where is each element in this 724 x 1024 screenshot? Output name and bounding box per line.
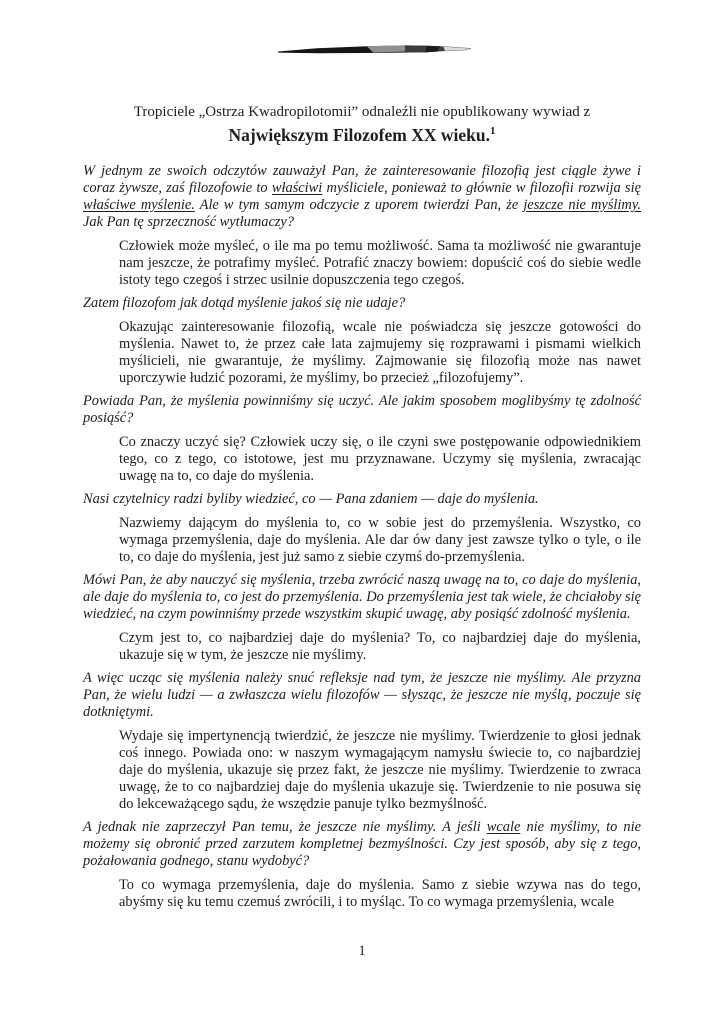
question-paragraph: Powiada Pan, że myślenia powinniśmy się … (83, 393, 641, 427)
question-paragraph: Mówi Pan, że aby nauczyć się myślenia, t… (83, 572, 641, 623)
answer-paragraph: Nazwiemy dającym do myślenia to, co w so… (83, 515, 641, 566)
text-segment: To co wymaga przemyślenia, daje do myśle… (119, 877, 641, 910)
document-title: Największym Filozofem XX wieku.1 (0, 124, 724, 146)
document-page: Tropiciele „Ostrza Kwadropilotomii” odna… (0, 0, 724, 1024)
text-segment: Człowiek może myśleć, o ile ma po temu m… (119, 238, 641, 288)
interview-body: W jednym ze swoich odczytów zauważył Pan… (83, 163, 641, 917)
text-segment: Co znaczy uczyć się? Człowiek uczy się, … (119, 434, 641, 484)
text-segment: Okazując zainteresowanie filozofią, wcal… (119, 319, 641, 386)
text-segment: myśliciele, ponieważ to głównie w filozo… (322, 180, 641, 196)
text-segment: Nazwiemy dającym do myślenia to, co w so… (119, 515, 641, 565)
question-paragraph: Nasi czytelnicy radzi byliby wiedzieć, c… (83, 491, 641, 508)
text-segment: Ale w tym samym odczycie z uporem twierd… (195, 197, 524, 213)
scalpel-blade-image (277, 41, 473, 59)
text-segment: Mówi Pan, że aby nauczyć się myślenia, t… (83, 572, 641, 622)
title-text: Największym Filozofem XX wieku. (229, 125, 490, 145)
text-segment: Zatem filozofom jak dotąd myślenie jakoś… (83, 295, 405, 311)
underlined-text: wcale (487, 819, 521, 835)
text-segment: Powiada Pan, że myślenia powinniśmy się … (83, 393, 641, 426)
question-paragraph: A jednak nie zaprzeczył Pan temu, że jes… (83, 819, 641, 870)
question-paragraph: Zatem filozofom jak dotąd myślenie jakoś… (83, 295, 641, 312)
answer-paragraph: Co znaczy uczyć się? Człowiek uczy się, … (83, 434, 641, 485)
page-number: 1 (0, 943, 724, 960)
answer-paragraph: Okazując zainteresowanie filozofią, wcal… (83, 319, 641, 387)
text-segment: Czym jest to, co najbardziej daje do myś… (119, 630, 641, 663)
text-segment: Jak Pan tę sprzeczność wytłumaczy? (83, 214, 294, 230)
footnote-marker: 1 (490, 125, 496, 137)
text-segment: Wydaje się impertynencją twierdzić, że j… (119, 728, 641, 812)
answer-paragraph: Wydaje się impertynencją twierdzić, że j… (83, 728, 641, 813)
question-paragraph: W jednym ze swoich odczytów zauważył Pan… (83, 163, 641, 231)
answer-paragraph: To co wymaga przemyślenia, daje do myśle… (83, 877, 641, 911)
text-segment: Nasi czytelnicy radzi byliby wiedzieć, c… (83, 491, 539, 507)
intro-line: Tropiciele „Ostrza Kwadropilotomii” odna… (0, 103, 724, 121)
underlined-text: jeszcze nie myślimy. (523, 197, 641, 213)
text-segment: A jednak nie zaprzeczył Pan temu, że jes… (83, 819, 487, 835)
underlined-text: właściwi (272, 180, 322, 196)
underlined-text: właściwe myślenie. (83, 197, 195, 213)
text-segment: A więc ucząc się myślenia należy snuć re… (83, 670, 641, 720)
answer-paragraph: Czym jest to, co najbardziej daje do myś… (83, 630, 641, 664)
answer-paragraph: Człowiek może myśleć, o ile ma po temu m… (83, 238, 641, 289)
question-paragraph: A więc ucząc się myślenia należy snuć re… (83, 670, 641, 721)
